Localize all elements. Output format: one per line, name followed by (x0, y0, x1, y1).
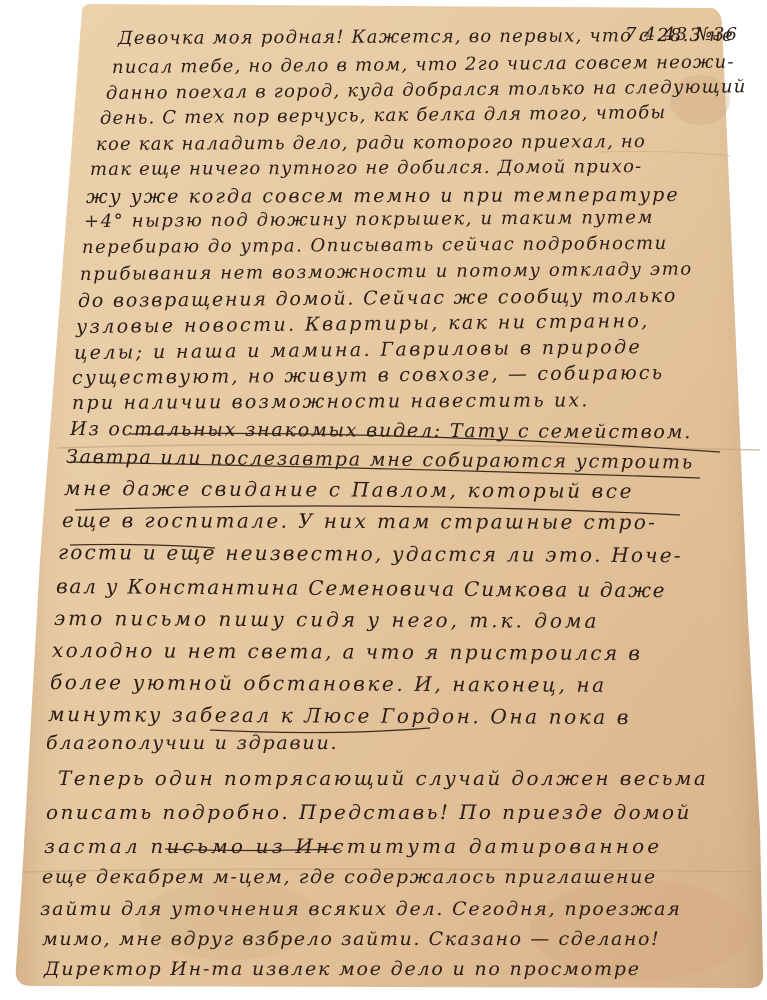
letter-line: жу уже когда совсем темно и при температ… (86, 184, 680, 208)
letter-line: кое как наладить дело, ради которого при… (96, 131, 646, 155)
letter-line: так еще ничего путного не добился. Домой… (90, 156, 643, 180)
letter-line: застал письмо из Института датированное (44, 834, 662, 858)
letter-line: Директор Ин-та извлек мое дело и по прос… (44, 958, 641, 980)
letter-line: перебираю до утра. Описывать сейчас подр… (82, 233, 668, 258)
letter-line: более уютной обстановке. И, наконец, на (50, 670, 607, 697)
letter-line: зайти для уточнения всяких дел. Сегодня,… (40, 898, 682, 920)
letter-line: еще в госпитале. У них там страшные стро… (62, 508, 657, 534)
letter-line: гости и еще неизвестно, удастся ли это. … (58, 540, 683, 567)
letter-line-underlined: Из остальных знакомых видел: Тату с семе… (70, 418, 692, 443)
letter-line: это письмо пишу сидя у него, т.к. дома (54, 606, 600, 633)
letter-line: Теперь один потрясающий случай должен ве… (58, 766, 708, 790)
letter-photo: 7.4.43 №36 Девочка моя родная! Кажется, … (0, 0, 767, 1000)
letter-line: мимо, мне вдруг взбрело зайти. Сказано —… (42, 928, 660, 950)
letter-line: благополучии и здравии. (46, 732, 338, 754)
letter-line: при наличии возможности навестить их. (72, 389, 590, 414)
letter-line: описать подробно. Представь! По приезде … (46, 800, 692, 824)
letter-line: еще декабрем м-цем, где содержалось приг… (42, 866, 657, 888)
letter-line: минутку забегал к Люсе Гордон. Она пока … (48, 702, 631, 729)
letter-line: +4° нырзю под дюжину покрышек, и таким п… (84, 207, 654, 232)
letter-line: вал у Константина Семеновича Симкова и д… (56, 574, 667, 602)
letter-line: Девочка моя родная! Кажется, во первых, … (118, 25, 734, 49)
letter-line: холодно и нет света, а что я пристроился… (52, 638, 642, 665)
letter-line-underlined: мне даже свидание с Павлом, который все (64, 476, 634, 503)
